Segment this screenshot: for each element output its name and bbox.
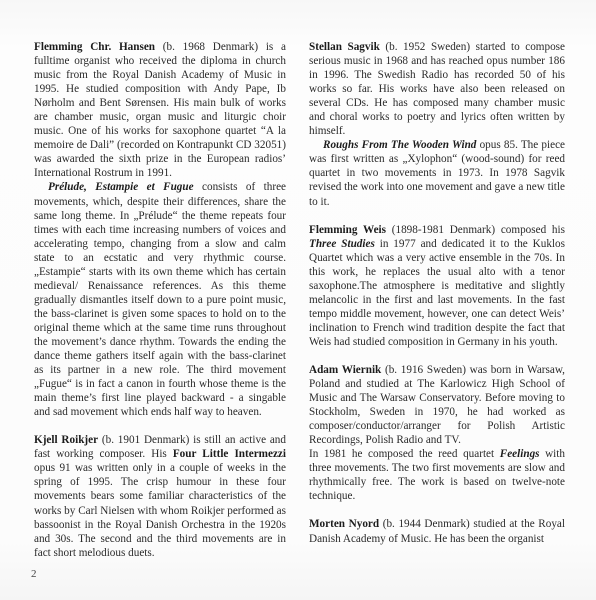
paragraph-hansen-work: Prélude, Estampie et Fugue consists of t… [34,180,286,419]
work-title: Four Little Intermezzi [173,448,286,460]
composer-name: Morten Nyord [309,518,379,530]
paragraph-wiernik-work: In 1981 he composed the reed quartet Fee… [309,447,565,503]
paragraph-weis-bio: Flemming Weis (1898-1981 Denmark) compos… [309,223,565,349]
paragraph-sagvik-bio: Stellan Sagvik (b. 1952 Sweden) started … [309,40,565,138]
composer-name: Kjell Roikjer [34,434,98,446]
work-title: Prélude, Estampie et Fugue [48,181,194,193]
work-title: Feelings [500,448,540,460]
paragraph-roikjer-bio: Kjell Roikjer (b. 1901 Denmark) is still… [34,433,286,559]
paragraph-nyord-bio: Morten Nyord (b. 1944 Denmark) studied a… [309,517,565,545]
paragraph-hansen-bio: Flemming Chr. Hansen (b. 1968 Denmark) i… [34,40,286,180]
paragraph-wiernik-bio: Adam Wiernik (b. 1916 Sweden) was born i… [309,363,565,447]
left-column: Flemming Chr. Hansen (b. 1968 Denmark) i… [34,40,286,560]
work-title: Three Studies [309,238,375,250]
paragraph-sagvik-work: Roughs From The Wooden Wind opus 85. The… [309,138,565,208]
work-title: Roughs From The Wooden Wind [323,139,476,151]
composer-name: Flemming Weis [309,224,386,236]
booklet-page: Flemming Chr. Hansen (b. 1968 Denmark) i… [0,0,596,600]
composer-name: Flemming Chr. Hansen [34,41,155,53]
composer-name: Adam Wiernik [309,364,381,376]
right-column: Stellan Sagvik (b. 1952 Sweden) started … [309,40,565,546]
page-number: 2 [31,568,37,580]
composer-name: Stellan Sagvik [309,41,380,53]
